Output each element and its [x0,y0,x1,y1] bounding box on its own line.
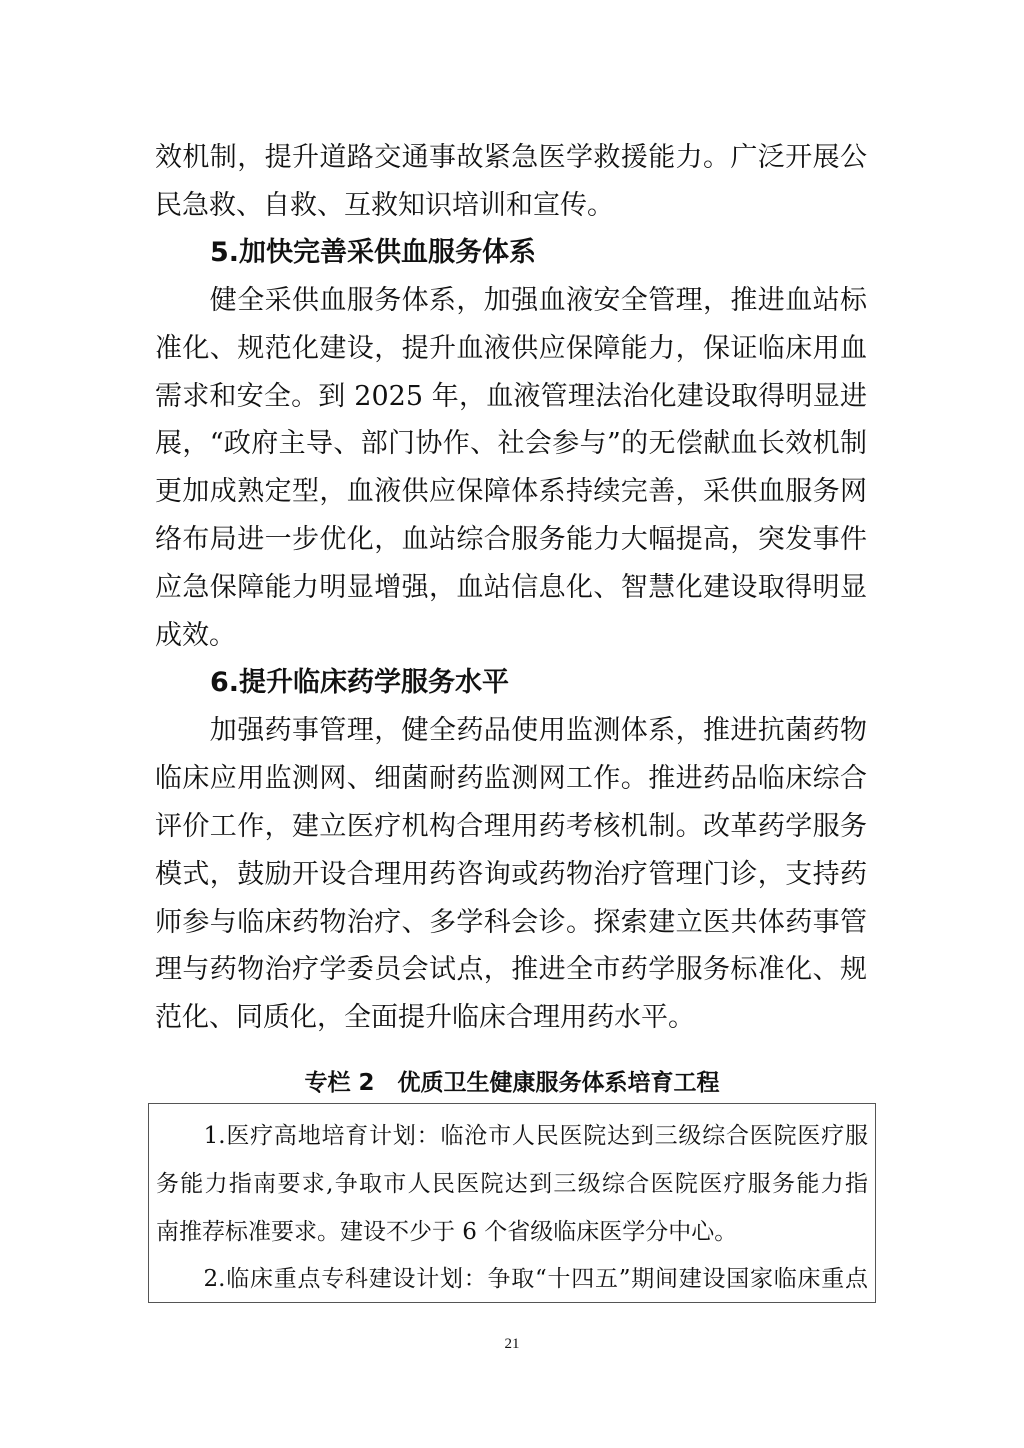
body-text-line: 络布局进一步优化，血站综合服务能力大幅提高，突发事件 [155,520,867,560]
box-title: 专栏 2 优质卫生健康服务体系培育工程 [0,1066,1024,1100]
box-text-line: 务能力指南要求,争取市人民医院达到三级综合医院医疗服务能力指 [156,1167,868,1201]
body-text-line: 加强药事管理，健全药品使用监测体系，推进抗菌药物 [155,711,867,751]
body-text-line: 师参与临床药物治疗、多学科会诊。探索建立医共体药事管 [155,903,867,943]
box-text-line: 1.医疗高地培育计划：临沧市人民医院达到三级综合医院医疗服 [156,1119,868,1153]
body-text-line: 需求和安全。到 2025 年，血液管理法治化建设取得明显进 [155,377,867,417]
body-text-line: 民急救、自救、互救知识培训和宣传。 [155,186,867,226]
section-heading-6: 6.提升临床药学服务水平 [210,663,509,703]
box-text-line: 南推荐标准要求。建设不少于 6 个省级临床医学分中心。 [156,1215,868,1249]
body-text-line: 更加成熟定型，血液供应保障体系持续完善，采供血服务网 [155,472,867,512]
body-text-line: 评价工作，建立医疗机构合理用药考核机制。改革药学服务 [155,807,867,847]
section-heading-5: 5.加快完善采供血服务体系 [210,233,536,273]
body-text-line: 应急保障能力明显增强，血站信息化、智慧化建设取得明显 [155,568,867,608]
box-text-line: 2.临床重点专科建设计划：争取“十四五”期间建设国家临床重点 [156,1262,868,1296]
body-text-line: 模式，鼓励开设合理用药咨询或药物治疗管理门诊，支持药 [155,855,867,895]
body-text-line: 准化、规范化建设，提升血液供应保障能力，保证临床用血 [155,329,867,369]
body-text-line: 成效。 [155,616,867,656]
body-text-line: 范化、同质化，全面提升临床合理用药水平。 [155,998,867,1038]
body-text-line: 理与药物治疗学委员会试点，推进全市药学服务标准化、规 [155,950,867,990]
page-number: 21 [0,1336,1024,1353]
feature-box: 1.医疗高地培育计划：临沧市人民医院达到三级综合医院医疗服 务能力指南要求,争取… [148,1103,876,1303]
body-text-line: 效机制，提升道路交通事故紧急医学救援能力。广泛开展公 [155,138,867,178]
body-text-line: 健全采供血服务体系，加强血液安全管理，推进血站标 [155,281,867,321]
body-text-line: 展，“政府主导、部门协作、社会参与”的无偿献血长效机制 [155,424,867,464]
body-text-line: 临床应用监测网、细菌耐药监测网工作。推进药品临床综合 [155,759,867,799]
